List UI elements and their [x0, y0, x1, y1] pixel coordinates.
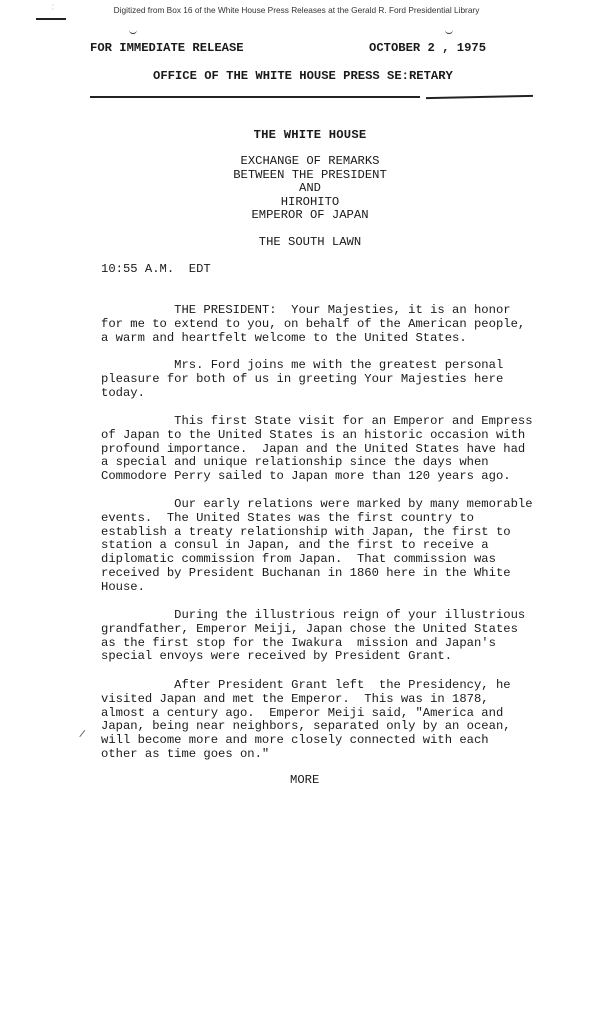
office-title: OFFICE OF THE WHITE HOUSE PRESS SE:RETAR… [153, 70, 453, 84]
event-line: AND [150, 182, 470, 196]
paragraph: Mrs. Ford joins me with the greatest per… [101, 359, 571, 400]
event-line: EMPEROR OF JAPAN [150, 209, 470, 223]
archive-notice: Digitized from Box 16 of the White House… [0, 5, 593, 15]
scan-artifact-mark [36, 18, 66, 20]
institution-title: THE WHITE HOUSE [150, 129, 470, 143]
tick-mark-right [445, 30, 453, 34]
event-title: EXCHANGE OF REMARKS BETWEEN THE PRESIDEN… [150, 155, 470, 223]
release-date: OCTOBER 2 , 1975 [369, 42, 486, 56]
paragraph: THE PRESIDENT: Your Majesties, it is an … [101, 304, 571, 345]
paragraph: This first State visit for an Emperor an… [101, 415, 571, 484]
event-line: BETWEEN THE PRESIDENT [150, 169, 470, 183]
event-time: 10:55 A.M. EDT [101, 263, 211, 277]
event-line: EXCHANGE OF REMARKS [150, 155, 470, 169]
margin-mark: / [78, 730, 86, 742]
paragraph: After President Grant left the Presidenc… [101, 679, 571, 762]
header-divider-end [426, 95, 533, 99]
scan-artifact-dots: ·· [51, 4, 55, 12]
paragraph: During the illustrious reign of your ill… [101, 609, 571, 664]
tick-mark-left [129, 30, 137, 34]
event-location: THE SOUTH LAWN [150, 236, 470, 250]
event-line: HIROHITO [150, 196, 470, 210]
header-divider [90, 96, 420, 98]
paragraph: Our early relations were marked by many … [101, 498, 571, 595]
release-label: FOR IMMEDIATE RELEASE [90, 42, 244, 56]
continued-marker: MORE [290, 773, 319, 787]
